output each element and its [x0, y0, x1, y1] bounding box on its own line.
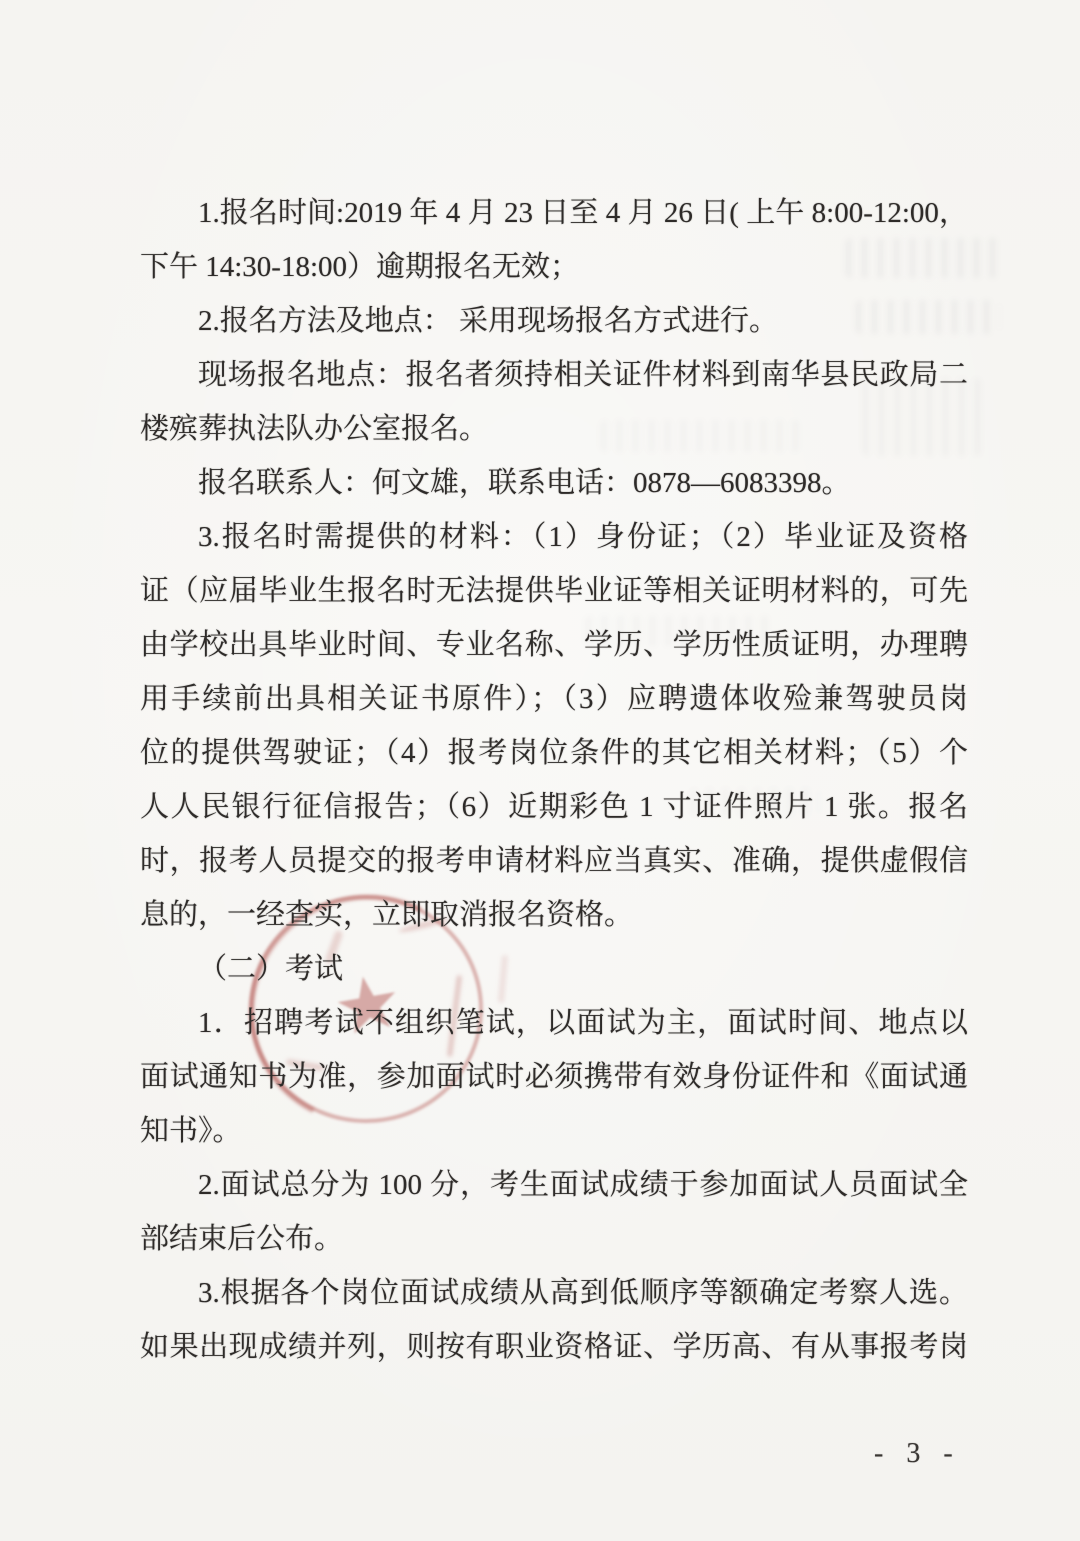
document-line: 面试通知书为准，参加面试时必须携带有效身份证件和《面试通	[140, 1050, 968, 1104]
scanned-document-page: 1.报名时间:2019 年 4 月 23 日至 4 月 26 日( 上午 8:0…	[0, 0, 1080, 1541]
document-line: 位的提供驾驶证；（4）报考岗位条件的其它相关材料；（5）个	[140, 726, 968, 780]
document-line: 1.报名时间:2019 年 4 月 23 日至 4 月 26 日( 上午 8:0…	[140, 186, 968, 240]
document-line: 知书》。	[140, 1104, 968, 1158]
document-line: 楼殡葬执法队办公室报名。	[140, 402, 968, 456]
document-line: 2.面试总分为 100 分，考生面试成绩于参加面试人员面试全	[140, 1158, 968, 1212]
document-line: 1．招聘考试不组织笔试，以面试为主，面试时间、地点以	[140, 996, 968, 1050]
document-line: 证（应届毕业生报名时无法提供毕业证等相关证明材料的，可先	[140, 564, 968, 618]
document-body: 1.报名时间:2019 年 4 月 23 日至 4 月 26 日( 上午 8:0…	[140, 186, 968, 1374]
document-line: 如果出现成绩并列，则按有职业资格证、学历高、有从事报考岗	[140, 1320, 968, 1374]
page-number: - 3 -	[874, 1438, 961, 1470]
document-line: 3.根据各个岗位面试成绩从高到低顺序等额确定考察人选。	[140, 1266, 968, 1320]
document-line: 人人民银行征信报告；（6）近期彩色 1 寸证件照片 1 张。报名	[140, 780, 968, 834]
document-line: 报名联系人：何文雄，联系电话：0878—6083398。	[140, 456, 968, 510]
document-line: 部结束后公布。	[140, 1212, 968, 1266]
document-line: （二）考试	[140, 942, 968, 996]
document-line: 息的，一经查实，立即取消报名资格。	[140, 888, 968, 942]
document-line: 由学校出具毕业时间、专业名称、学历、学历性质证明，办理聘	[140, 618, 968, 672]
document-line: 3.报名时需提供的材料：（1）身份证；（2）毕业证及资格	[140, 510, 968, 564]
document-line: 2.报名方法及地点： 采用现场报名方式进行。	[140, 294, 968, 348]
document-line: 下午 14:30-18:00）逾期报名无效；	[140, 240, 968, 294]
document-line: 现场报名地点：报名者须持相关证件材料到南华县民政局二	[140, 348, 968, 402]
document-line: 时，报考人员提交的报考申请材料应当真实、准确，提供虚假信	[140, 834, 968, 888]
document-line: 用手续前出具相关证书原件）；（3）应聘遗体收殓兼驾驶员岗	[140, 672, 968, 726]
